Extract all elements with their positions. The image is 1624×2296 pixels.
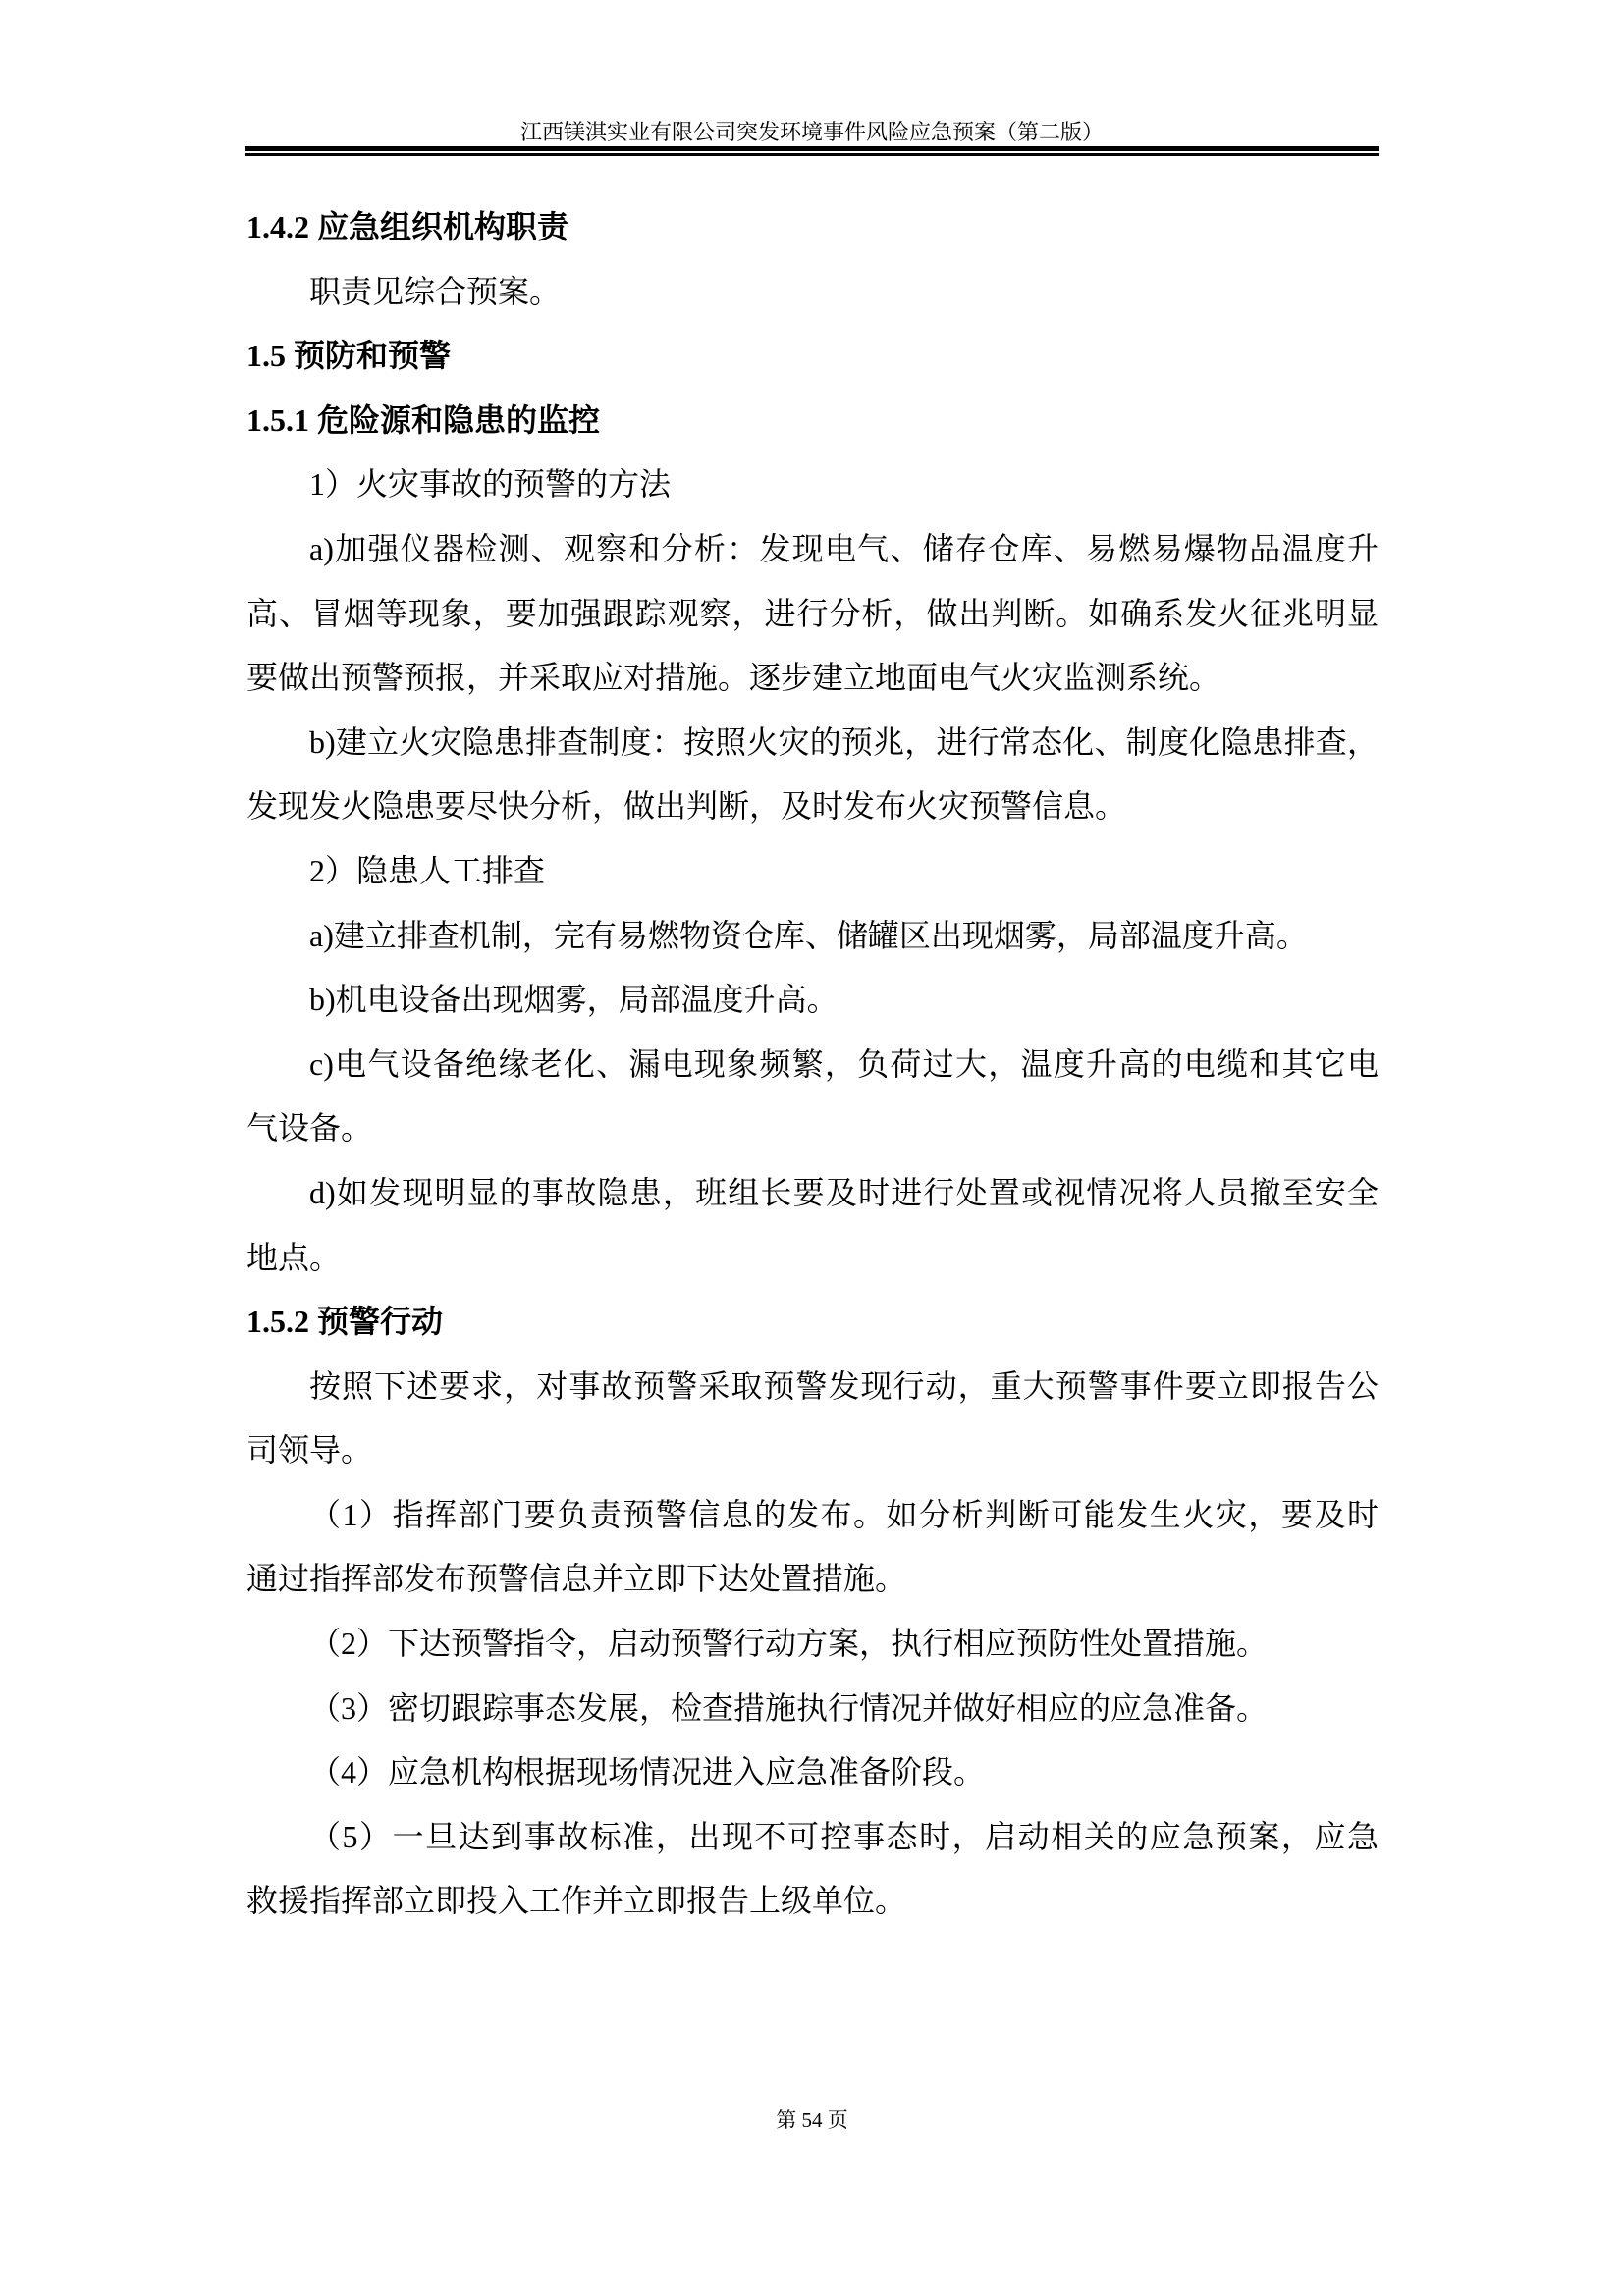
paragraph-line: 地点。: [246, 1226, 1379, 1291]
paragraph-line: c)电气设备绝缘老化、漏电现象频繁，负荷过大，温度升高的电缆和其它电: [246, 1033, 1379, 1097]
heading-number: 1.5.1: [246, 402, 309, 438]
paragraph-line: b)机电设备出现烟雾，局部温度升高。: [246, 968, 1379, 1033]
section-heading-1-5: 1.5 预防和预警: [246, 324, 1379, 389]
paragraph-line: a)建立排查机制，完有易燃物资仓库、储罐区出现烟雾，局部温度升高。: [246, 904, 1379, 969]
paragraph-line: 司领导。: [246, 1418, 1379, 1483]
header-rule-thick: [245, 146, 1379, 151]
paragraph-line: a)加强仪器检测、观察和分析：发现电气、储存仓库、易燃易爆物品温度升: [246, 517, 1379, 582]
paragraph-line: （2）下达预警指令，启动预警行动方案，执行相应预防性处置措施。: [246, 1612, 1379, 1677]
paragraph-line: d)如发现明显的事故隐患，班组长要及时进行处置或视情况将人员撤至安全: [246, 1161, 1379, 1226]
heading-number: 1.5.2: [246, 1304, 309, 1339]
paragraph-line: 2）隐患人工排查: [246, 839, 1379, 904]
section-heading-1-5-1: 1.5.1 危险源和隐患的监控: [246, 389, 1379, 454]
document-body: 1.4.2 应急组织机构职责 职责见综合预案。 1.5 预防和预警 1.5.1 …: [246, 195, 1379, 1934]
paragraph-line: 救援指挥部立即投入工作并立即报告上级单位。: [246, 1869, 1379, 1934]
section-heading-1-5-2: 1.5.2 预警行动: [246, 1290, 1379, 1355]
page-header-title: 江西镁淇实业有限公司突发环境事件风险应急预案（第二版）: [245, 118, 1379, 147]
heading-text: 预警行动: [317, 1304, 443, 1339]
paragraph-line: b)建立火灾隐患排查制度：按照火灾的预兆，进行常态化、制度化隐患排查，: [246, 711, 1379, 775]
paragraph-line: 通过指挥部发布预警信息并立即下达处置措施。: [246, 1547, 1379, 1612]
paragraph-line: 要做出预警预报，并采取应对措施。逐步建立地面电气火灾监测系统。: [246, 646, 1379, 711]
paragraph-line: 高、冒烟等现象，要加强跟踪观察，进行分析，做出判断。如确系发火征兆明显: [246, 582, 1379, 647]
paragraph-line: 1）火灾事故的预警的方法: [246, 453, 1379, 517]
section-heading-1-4-2: 1.4.2 应急组织机构职责: [246, 195, 1379, 260]
heading-number: 1.4.2: [246, 209, 309, 244]
paragraph-line: （3）密切跟踪事态发展，检查措施执行情况并做好相应的应急准备。: [246, 1677, 1379, 1741]
heading-text: 危险源和隐患的监控: [317, 402, 600, 438]
paragraph-line: （1）指挥部门要负责预警信息的发布。如分析判断可能发生火灾，要及时: [246, 1483, 1379, 1548]
page-number: 第 54 页: [245, 2106, 1379, 2135]
paragraph-line: 按照下述要求，对事故预警采取预警发现行动，重大预警事件要立即报告公: [246, 1355, 1379, 1419]
paragraph-line: 发现发火隐患要尽快分析，做出判断，及时发布火灾预警信息。: [246, 774, 1379, 839]
paragraph-line: 职责见综合预案。: [246, 260, 1379, 325]
paragraph-line: （5）一旦达到事故标准，出现不可控事态时，启动相关的应急预案，应急: [246, 1805, 1379, 1870]
heading-text: 应急组织机构职责: [317, 209, 568, 244]
heading-text: 预防和预警: [294, 338, 451, 373]
paragraph-line: （4）应急机构根据现场情况进入应急准备阶段。: [246, 1740, 1379, 1805]
heading-number: 1.5: [246, 338, 286, 373]
header-rule-thin: [245, 153, 1379, 156]
paragraph-line: 气设备。: [246, 1096, 1379, 1161]
